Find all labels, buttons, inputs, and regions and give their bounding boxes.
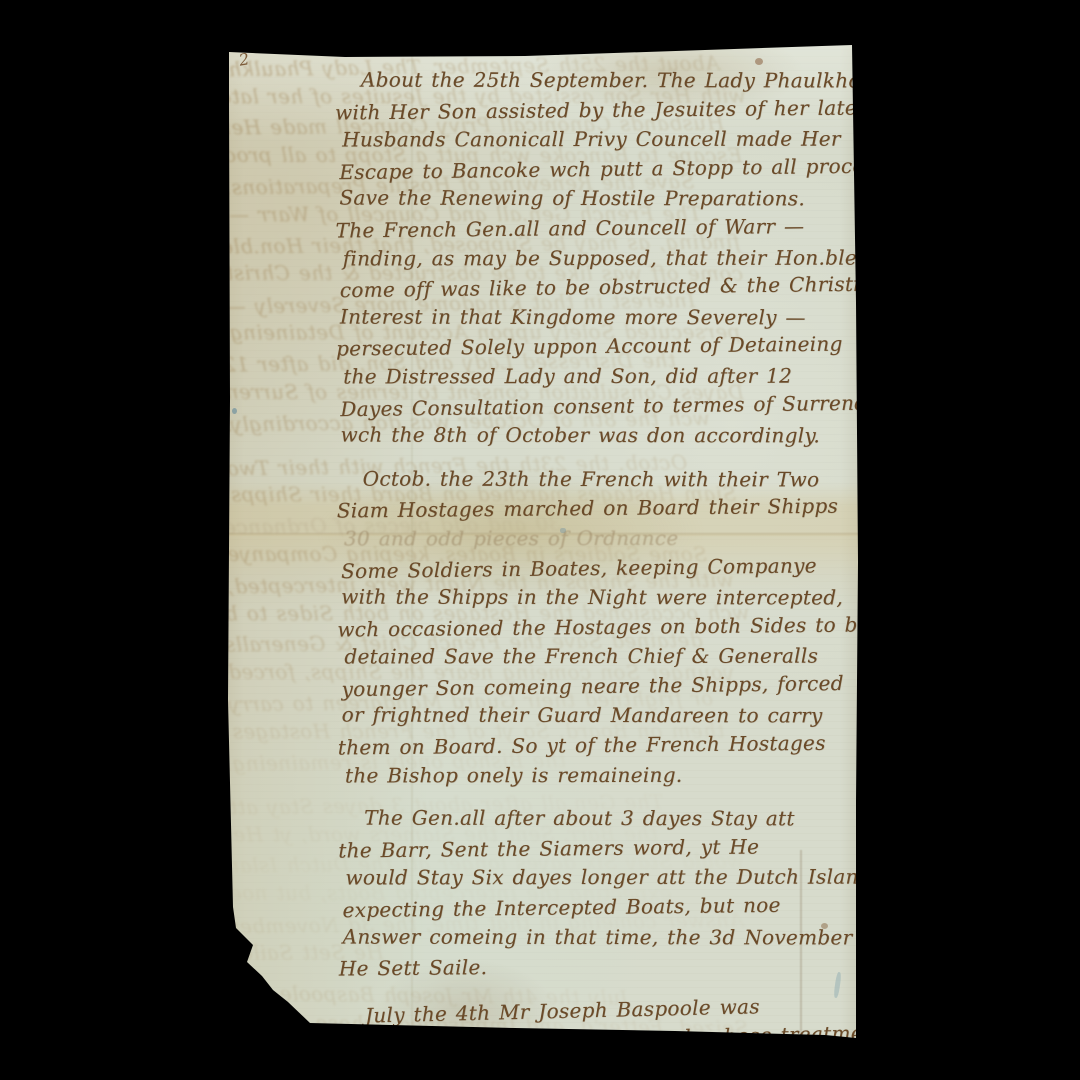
manuscript-line: Octob. the 23th the French with their Tw… (341, 464, 855, 494)
blue-ink-spot (232, 408, 237, 414)
manuscript-line: Siam Hostages marched on Board their Shi… (337, 492, 851, 527)
manuscript-line: with Her Son assisted by the Jesuites of… (335, 93, 849, 128)
manuscript-line: them on Board. So yt of the French Hosta… (338, 729, 852, 764)
paragraph-2: Octob. the 23th the French with their Tw… (341, 464, 856, 792)
manuscript-line: Interest in that Kingdome more Severely … (340, 302, 854, 332)
manuscript-line: the Distressed Lady and Son, did after 1… (343, 361, 857, 391)
manuscript-text: About the 25th September. The Lady Phaul… (339, 65, 857, 1042)
photo-background: About the 25th September. The Lady Phaul… (0, 0, 1080, 1080)
paragraph-3: The Gen.all after about 3 dayes Stay att… (342, 803, 857, 983)
manuscript-line: Dayes Consultation consent to termes of … (340, 388, 854, 424)
manuscript-line: or frightned their Guard Mandareen to ca… (342, 701, 856, 731)
manuscript-line: detained Save the French Chief & General… (344, 642, 858, 672)
manuscript-line: Answer comeing in that time, the 3d Nove… (343, 922, 857, 952)
manuscript-line: 30 and odd pieces of Ordnance (344, 523, 858, 553)
manuscript-line: persecuted Solely uppon Account of Detai… (336, 330, 850, 365)
paragraph-1: About the 25th September. The Lady Phaul… (339, 65, 855, 452)
manuscript-line: come off was like to be obstructed & the… (340, 270, 854, 306)
manuscript-line: Husbands Canonicall Privy Councell made … (342, 125, 856, 155)
manuscript-line: finding, as may be Supposed, that their … (343, 243, 857, 273)
manuscript-line: Escape to Bancoke wch putt a Stopp to al… (339, 152, 853, 188)
manuscript-line: Save the Renewing of Hostile Preparation… (339, 184, 853, 214)
paragraph-4: July the 4th Mr Joseph Baspoole wasSeize… (343, 995, 857, 1042)
manuscript-line: with the Shipps in the Night were interc… (341, 583, 855, 613)
manuscript-line: He Sett Saile. (339, 950, 853, 985)
manuscript-line: the Barr, Sent the Siamers word, yt He (338, 831, 852, 866)
stain-spot (755, 58, 763, 65)
manuscript-line: wch occasioned the Hostages on both Side… (337, 610, 851, 645)
manuscript-line: About the 25th September. The Lady Phaul… (339, 66, 853, 96)
manuscript-page: About the 25th September. The Lady Phaul… (225, 42, 859, 1042)
manuscript-line: The French Gen.all and Councell of Warr … (335, 212, 849, 247)
manuscript-line: Some Soldiers in Boates, keeping Company… (341, 550, 855, 586)
manuscript-line: would Stay Six dayes longer att the Dutc… (345, 863, 859, 893)
manuscript-line: younger Son comeing neare the Shipps, fo… (341, 669, 855, 705)
manuscript-line: wch the 8th of October was don according… (340, 421, 854, 451)
manuscript-line: expecting the Intercepted Boats, but noe (342, 890, 856, 926)
ink-speck (554, 46, 562, 55)
manuscript-line: the Bishop onely is remaineing. (345, 760, 859, 790)
manuscript-line: The Gen.all after about 3 dayes Stay att (342, 804, 856, 834)
page-number: 2 (237, 49, 250, 69)
